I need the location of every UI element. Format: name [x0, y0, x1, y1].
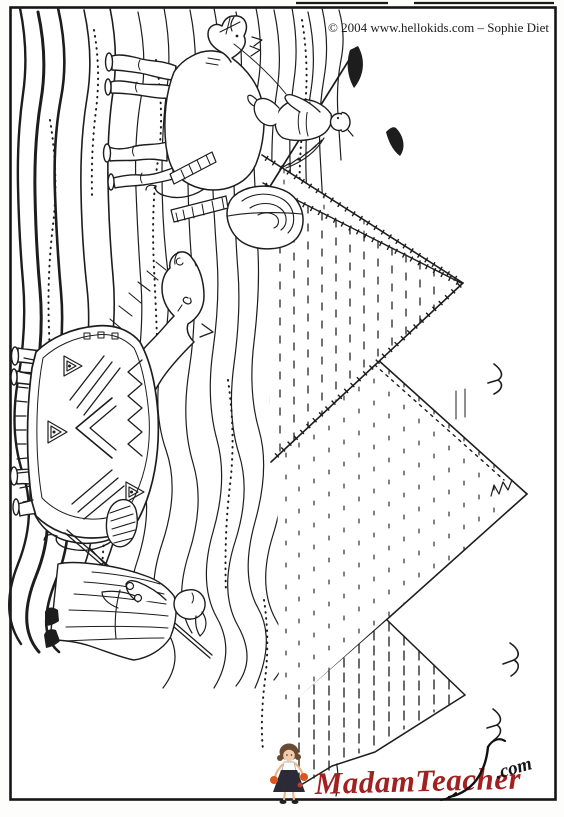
logo-brand-text: MadamTeacher: [313, 761, 522, 801]
hooded-head: [174, 590, 205, 619]
copyright-text: © 2004 www.hellokids.com – Sophie Diet: [328, 20, 549, 35]
camel-blanket: [16, 326, 158, 538]
coloring-page: © 2004 www.hellokids.com – Sophie Diet: [0, 0, 564, 817]
saddle-cushion: [227, 186, 303, 249]
